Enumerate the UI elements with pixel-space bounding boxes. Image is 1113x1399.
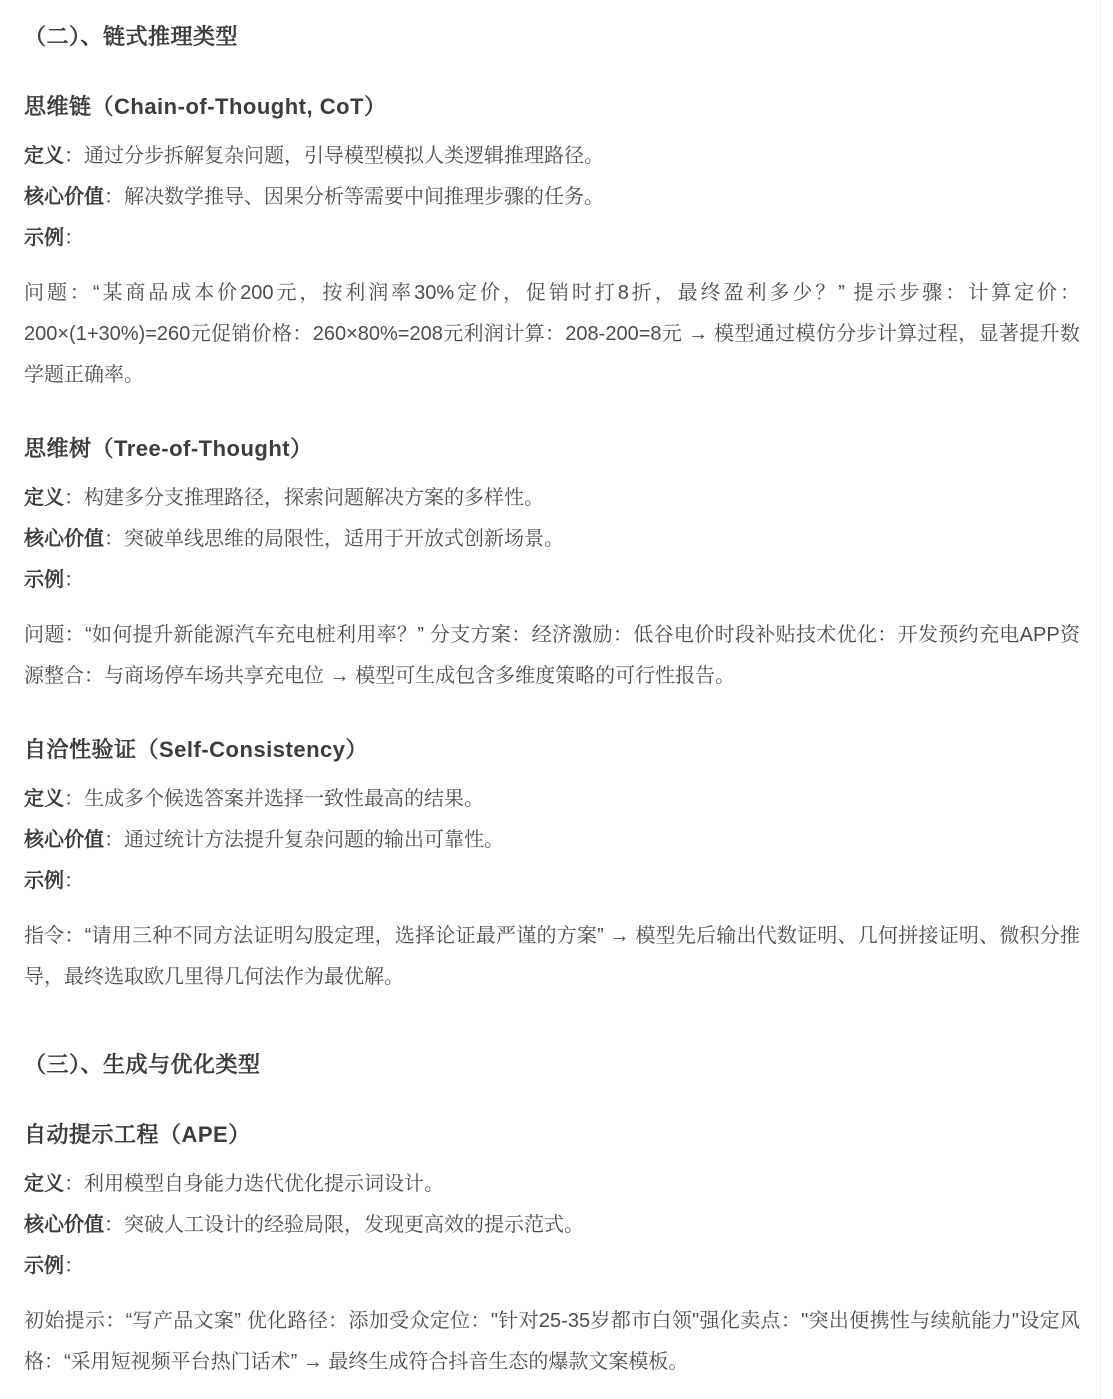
example-label-colon: ： bbox=[64, 1255, 84, 1277]
definition-row: 定义：生成多个候选答案并选择一致性最高的结果。 bbox=[24, 779, 1080, 820]
core-value-row: 核心价值：突破人工设计的经验局限，发现更高效的提示范式。 bbox=[24, 1205, 1080, 1246]
example-label-row: 示例： bbox=[24, 218, 1080, 259]
topic-title-ape: 自动提示工程（APE） bbox=[24, 1120, 1080, 1150]
definition-text: ：通过分步拆解复杂问题，引导模型模拟人类逻辑推理路径。 bbox=[64, 145, 604, 167]
definition-row: 定义：构建多分支推理路径，探索问题解决方案的多样性。 bbox=[24, 478, 1080, 519]
core-value-label: 核心价值 bbox=[24, 1214, 104, 1236]
example-paragraph-self-consistency: 指令：“请用三种不同方法证明勾股定理，选择论证最严谨的方案” → 模型先后输出代… bbox=[24, 916, 1080, 998]
core-value-text: ：突破人工设计的经验局限，发现更高效的提示范式。 bbox=[104, 1214, 584, 1236]
example-paragraph-tot: 问题：“如何提升新能源汽车充电桩利用率？” 分支方案：经济激励：低谷电价时段补贴… bbox=[24, 615, 1080, 697]
section-heading-chain-reasoning: （二）、链式推理类型 bbox=[24, 22, 1080, 52]
core-value-label: 核心价值 bbox=[24, 528, 104, 550]
definition-row: 定义：利用模型自身能力迭代优化提示词设计。 bbox=[24, 1164, 1080, 1205]
definition-text: ：构建多分支推理路径，探索问题解决方案的多样性。 bbox=[64, 487, 544, 509]
definition-label: 定义 bbox=[24, 487, 64, 509]
example-label-row: 示例： bbox=[24, 1246, 1080, 1287]
example-label-row: 示例： bbox=[24, 560, 1080, 601]
definition-label: 定义 bbox=[24, 1173, 64, 1195]
core-value-row: 核心价值：通过统计方法提升复杂问题的输出可靠性。 bbox=[24, 820, 1080, 861]
example-label: 示例 bbox=[24, 870, 64, 892]
core-value-text: ：突破单线思维的局限性，适用于开放式创新场景。 bbox=[104, 528, 564, 550]
core-value-text: ：解决数学推导、因果分析等需要中间推理步骤的任务。 bbox=[104, 186, 604, 208]
definition-row: 定义：通过分步拆解复杂问题，引导模型模拟人类逻辑推理路径。 bbox=[24, 136, 1080, 177]
example-paragraph-ape: 初始提示：“写产品文案” 优化路径：添加受众定位："针对25-35岁都市白领"强… bbox=[24, 1301, 1080, 1383]
definition-label: 定义 bbox=[24, 145, 64, 167]
core-value-row: 核心价值：突破单线思维的局限性，适用于开放式创新场景。 bbox=[24, 519, 1080, 560]
core-value-row: 核心价值：解决数学推导、因果分析等需要中间推理步骤的任务。 bbox=[24, 177, 1080, 218]
example-label-colon: ： bbox=[64, 227, 84, 249]
section-heading-generation-optimization: （三）、生成与优化类型 bbox=[24, 1050, 1080, 1080]
example-label: 示例 bbox=[24, 569, 64, 591]
topic-title-tree-of-thought: 思维树（Tree-of-Thought） bbox=[24, 434, 1080, 464]
core-value-label: 核心价值 bbox=[24, 186, 104, 208]
definition-text: ：生成多个候选答案并选择一致性最高的结果。 bbox=[64, 788, 484, 810]
definition-text: ：利用模型自身能力迭代优化提示词设计。 bbox=[64, 1173, 444, 1195]
document-page: （二）、链式推理类型 思维链（Chain-of-Thought, CoT） 定义… bbox=[0, 0, 1101, 1399]
example-paragraph-cot: 问题：“某商品成本价200元，按利润率30%定价，促销时打8折，最终盈利多少？”… bbox=[24, 273, 1080, 396]
topic-title-chain-of-thought: 思维链（Chain-of-Thought, CoT） bbox=[24, 92, 1080, 122]
example-label-colon: ： bbox=[64, 870, 84, 892]
example-label: 示例 bbox=[24, 227, 64, 249]
example-label-colon: ： bbox=[64, 569, 84, 591]
example-label: 示例 bbox=[24, 1255, 64, 1277]
core-value-label: 核心价值 bbox=[24, 829, 104, 851]
definition-label: 定义 bbox=[24, 788, 64, 810]
example-label-row: 示例： bbox=[24, 861, 1080, 902]
core-value-text: ：通过统计方法提升复杂问题的输出可靠性。 bbox=[104, 829, 504, 851]
topic-title-self-consistency: 自洽性验证（Self-Consistency） bbox=[24, 735, 1080, 765]
